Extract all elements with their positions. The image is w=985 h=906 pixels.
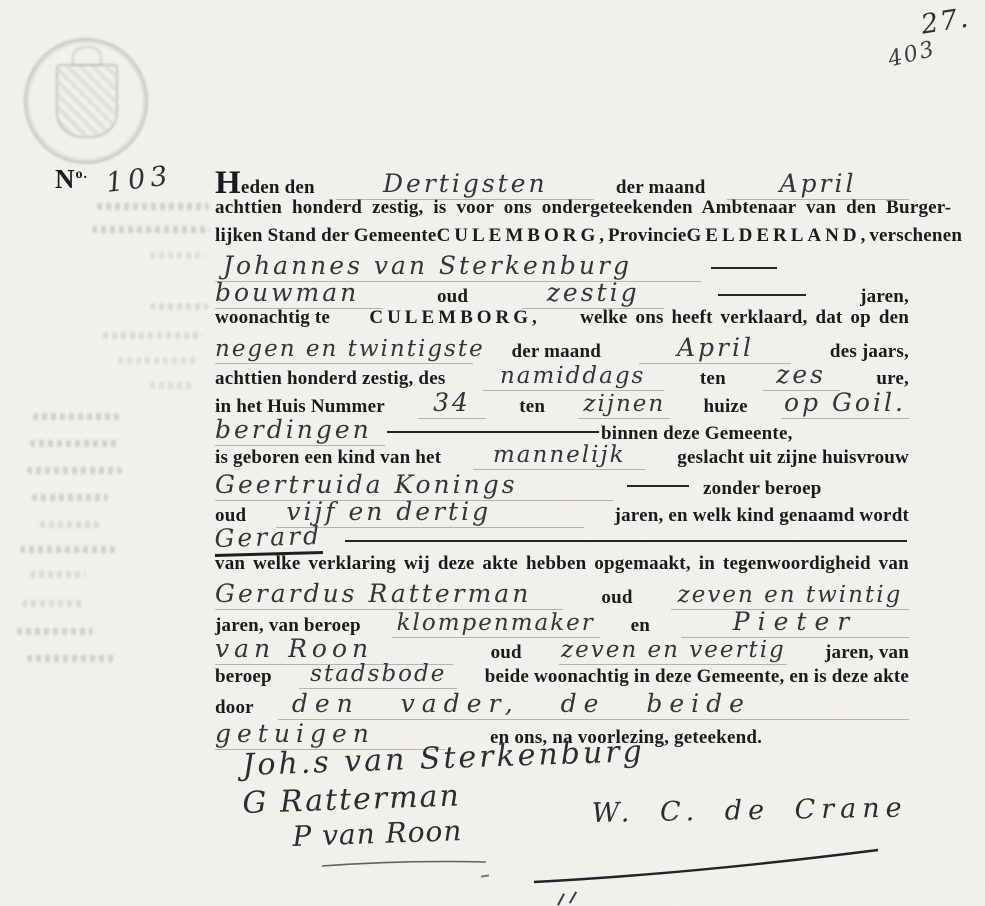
field-witness2-firstname: Pieter [733,607,857,636]
blank-filler-dash [718,294,806,296]
printed-text: achttien honderd zestig, is voor ons ond… [215,197,951,219]
field-child-name: Gerard [214,521,322,557]
deed-body: Heden den Dertigsten der maand April ach… [215,170,909,750]
bleed-through-smudge [22,600,84,607]
printed-text: jaren, en welk kind genaamd wordt [615,505,909,527]
seal-crown-icon [72,46,102,66]
deed-line: jaren, van beroep klompenmaker en Pieter [215,608,909,635]
seal-shield-icon [56,64,118,138]
bleed-through-smudge [92,226,210,233]
embossed-seal [24,38,148,164]
field-signed-by: den vader, de beide [292,689,751,718]
bleed-through-smudge [27,655,117,662]
bleed-through-smudge [150,252,205,259]
field-birth-day: negen en twintigste [215,336,485,362]
blank-filler-dash [627,485,689,487]
signature-underline-flourish [320,856,490,870]
bleed-through-smudge [40,521,100,528]
deed-line: negen en twintigste der maand April des … [215,334,909,361]
field-whose-house: zijnen [583,391,665,417]
field-declarant-name: Johannes van Sterkenburg [223,251,632,280]
municipality-name: CULEMBORG, [369,307,540,329]
signature-registrar: W. C. de Crane [591,792,907,829]
act-number: No. 103 [55,164,173,195]
blank-filler-line [345,540,907,542]
printed-text: lijken Stand der Gemeente [215,225,437,247]
field-declarant-age: zestig [547,278,640,307]
bleed-through-smudge [30,571,86,578]
field-location: op Goil. [784,388,906,417]
deed-line: Heden den Dertigsten der maand April [215,170,909,197]
field-witness1-occupation: klompenmaker [397,610,595,636]
province-name: GELDERLAND, [687,225,870,247]
blank-filler-dash [711,267,777,269]
field-location-continued: berdingen [215,415,372,444]
bleed-through-smudge [17,628,93,635]
deed-line: woonachtig te CULEMBORG, welke ons heeft… [215,307,909,334]
printed-text: door [215,697,254,719]
bleed-through-smudge [150,382,192,389]
deed-line: berdingen binnen deze Gemeente, [215,416,909,443]
printed-text: binnen deze Gemeente, [601,423,793,445]
field-witness1-name: Gerardus Ratterman [215,579,531,608]
printed-text: van welke verklaring wij deze akte hebbe… [215,553,909,575]
deed-line: is geboren een kind van het mannelijk ge… [215,443,909,470]
bleed-through-smudge [27,467,122,474]
folio-number: 403 [886,37,939,73]
deed-line: Gerardus Ratterman oud zeven en twintig [215,580,909,607]
printed-text: ten [700,368,726,390]
deed-line: door den vader, de beide [215,690,909,720]
printed-text: jaren, [860,286,909,308]
deed-line: lijken Stand der Gemeente CULEMBORG, Pro… [215,225,909,252]
act-number-prefix: No. [55,164,88,194]
printed-text: woonachtig te [215,307,330,329]
printed-text: huize [703,396,747,418]
bleed-through-smudge [33,413,119,420]
deed-line: Geertruida Konings zonder beroep [215,471,909,498]
deed-line: achttien honderd zestig, des namiddags t… [215,361,909,388]
printed-text: is geboren een kind van het [215,447,441,469]
printed-text: Provincie [608,225,687,247]
printed-text: oud [491,642,522,664]
deed-line: van welke verklaring wij deze akte hebbe… [215,553,909,580]
printed-text: welke ons heeft verklaard, dat op den [580,307,909,329]
field-house-number: 34 [433,388,471,417]
field-child-sex: mannelijk [493,442,626,468]
bleed-through-smudge [20,546,115,553]
printed-text: zonder beroep [703,478,822,500]
page-number: 27. [919,2,972,40]
printed-text: ten [519,396,545,418]
deed-line: achttien honderd zestig, is voor ons ond… [215,197,909,224]
bleed-through-smudge [30,440,120,447]
bleed-through-smudge [97,203,209,210]
printed-text: verschenen [869,225,962,247]
printed-text: jaren, van [825,642,909,664]
cutoff-ink-fragment [481,874,489,877]
blank-filler-line [387,431,599,433]
deed-line: Gerard [215,525,909,552]
printed-text: oud [601,587,632,609]
field-witness2-age: zeven en veertig [561,637,786,663]
printed-text: achttien honderd zestig, des [215,368,445,390]
field-witness1-age: zeven en twintig [678,582,903,608]
printed-text: beide woonachtig in deze Gemeente, en is… [485,666,909,688]
municipality-name: CULEMBORG, [437,225,608,247]
field-mother-name: Geertruida Konings [215,470,518,499]
cutoff-ink-fragment [557,893,565,905]
deed-line: bouwman oud zestig jaren, [215,279,909,306]
bleed-through-smudge [32,494,108,501]
bleed-through-smudge [150,303,208,310]
signature-witness2: P van Roon [292,814,463,853]
printed-text: en [631,615,650,637]
deed-line: Johannes van Sterkenburg [215,252,909,279]
field-month: April [780,169,857,198]
registrar-underline-flourish [528,842,888,888]
field-time-of-day: namiddags [500,363,645,389]
bleed-through-smudge [118,357,198,364]
printed-text: geslacht uit zijne huisvrouw [677,447,909,469]
printed-text: der maand [511,341,601,363]
birth-certificate-scan: 27. 403 No. 103 Heden den Dertigsten der… [0,0,985,906]
deed-line: van Roon oud zeven en veertig jaren, van [215,635,909,662]
field-witness2-lastname: van Roon [215,634,373,663]
printed-text: oud [437,286,468,308]
deed-line: in het Huis Nummer 34 ten zijnen huize o… [215,389,909,416]
field-declarant-occupation: bouwman [215,278,359,307]
act-number-value: 103 [104,160,174,199]
cutoff-ink-fragment [569,891,577,903]
field-signed-by-continued: getuigen [215,719,375,748]
deed-line: beroep stadsbode beide woonachtig in dez… [215,662,909,689]
printed-text: Heden den [215,177,315,199]
printed-text: der maand [616,177,706,199]
printed-text: beroep [215,666,272,688]
field-hour: zes [776,360,826,389]
field-birth-month: April [677,333,754,362]
printed-text: des jaars, [830,341,909,363]
field-day-written: Dertigsten [383,169,548,198]
field-witness2-occupation: stadsbode [310,661,446,687]
bleed-through-smudge [103,332,203,339]
